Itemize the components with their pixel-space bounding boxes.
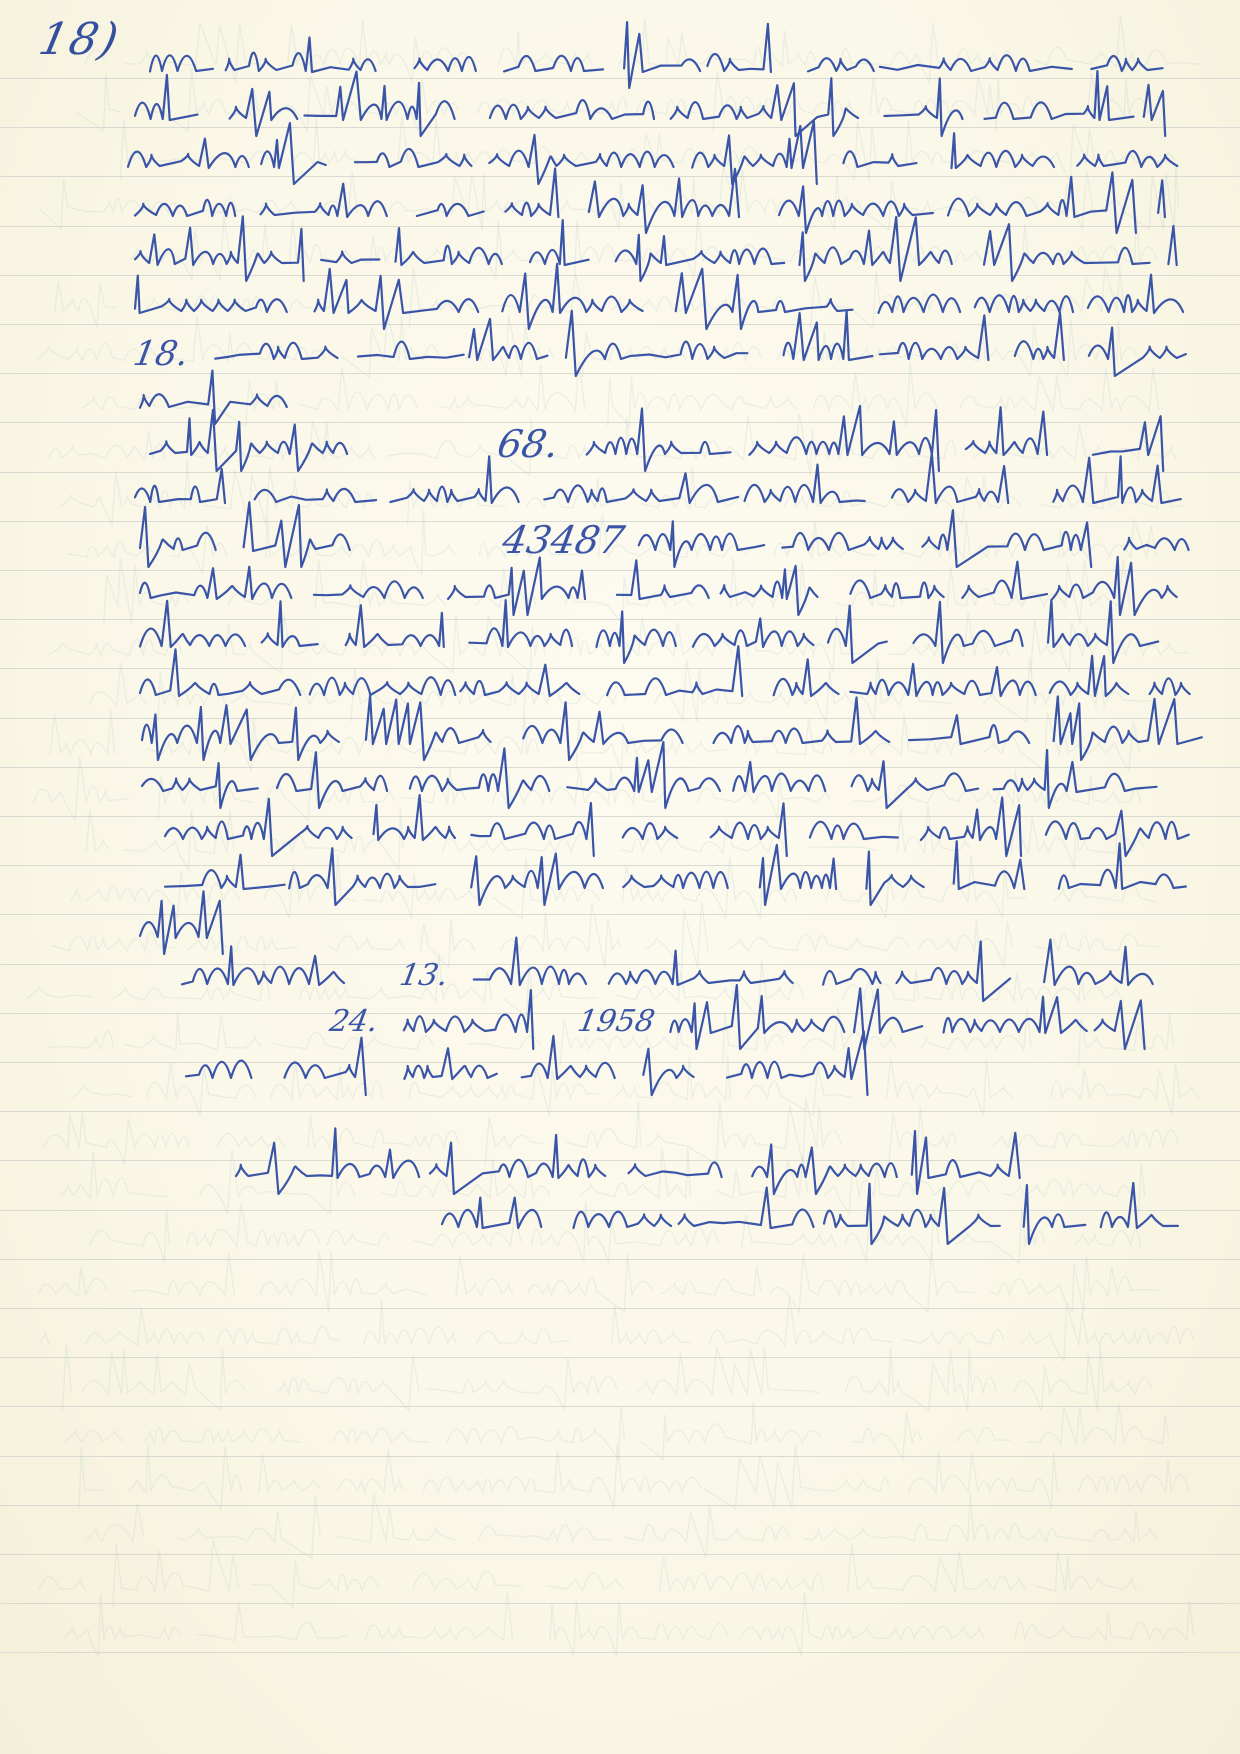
handwritten-number: 13. [397,958,451,993]
handwritten-number: 43487 [499,518,628,562]
handwritten-line [140,646,1190,696]
handwritten-line [140,557,1177,615]
handwritten-line [135,216,1177,281]
handwritten-line [142,696,1202,761]
handwritten-line [236,1128,1020,1194]
handwritten-number: 24. [327,1004,381,1039]
handwritten-line [404,985,1145,1049]
handwritten-line [150,406,1163,471]
handwritten-line [215,311,1186,376]
handwritten-number: 68. [494,422,562,466]
handwritten-line [165,841,1186,905]
handwritten-line [135,264,1183,329]
handwritten-number: 1958 [575,1004,658,1039]
handwritten-line [140,891,223,954]
handwritten-line [186,1031,868,1095]
handwritten-line [142,742,1157,808]
handwritten-line [140,502,1189,567]
handwritten-line [128,122,1177,185]
handwritten-line [182,938,1153,1001]
handwritten-line [135,453,1181,503]
handwritten-line [135,169,1165,234]
handwritten-line [442,1183,1178,1244]
handwritten-shorthand-text [0,0,1240,1754]
handwritten-number: 18. [130,334,191,374]
notebook-page: 18) 18.68.4348713.24.1958 [0,0,1240,1754]
handwritten-line [150,22,1163,88]
handwritten-line [140,600,1158,663]
